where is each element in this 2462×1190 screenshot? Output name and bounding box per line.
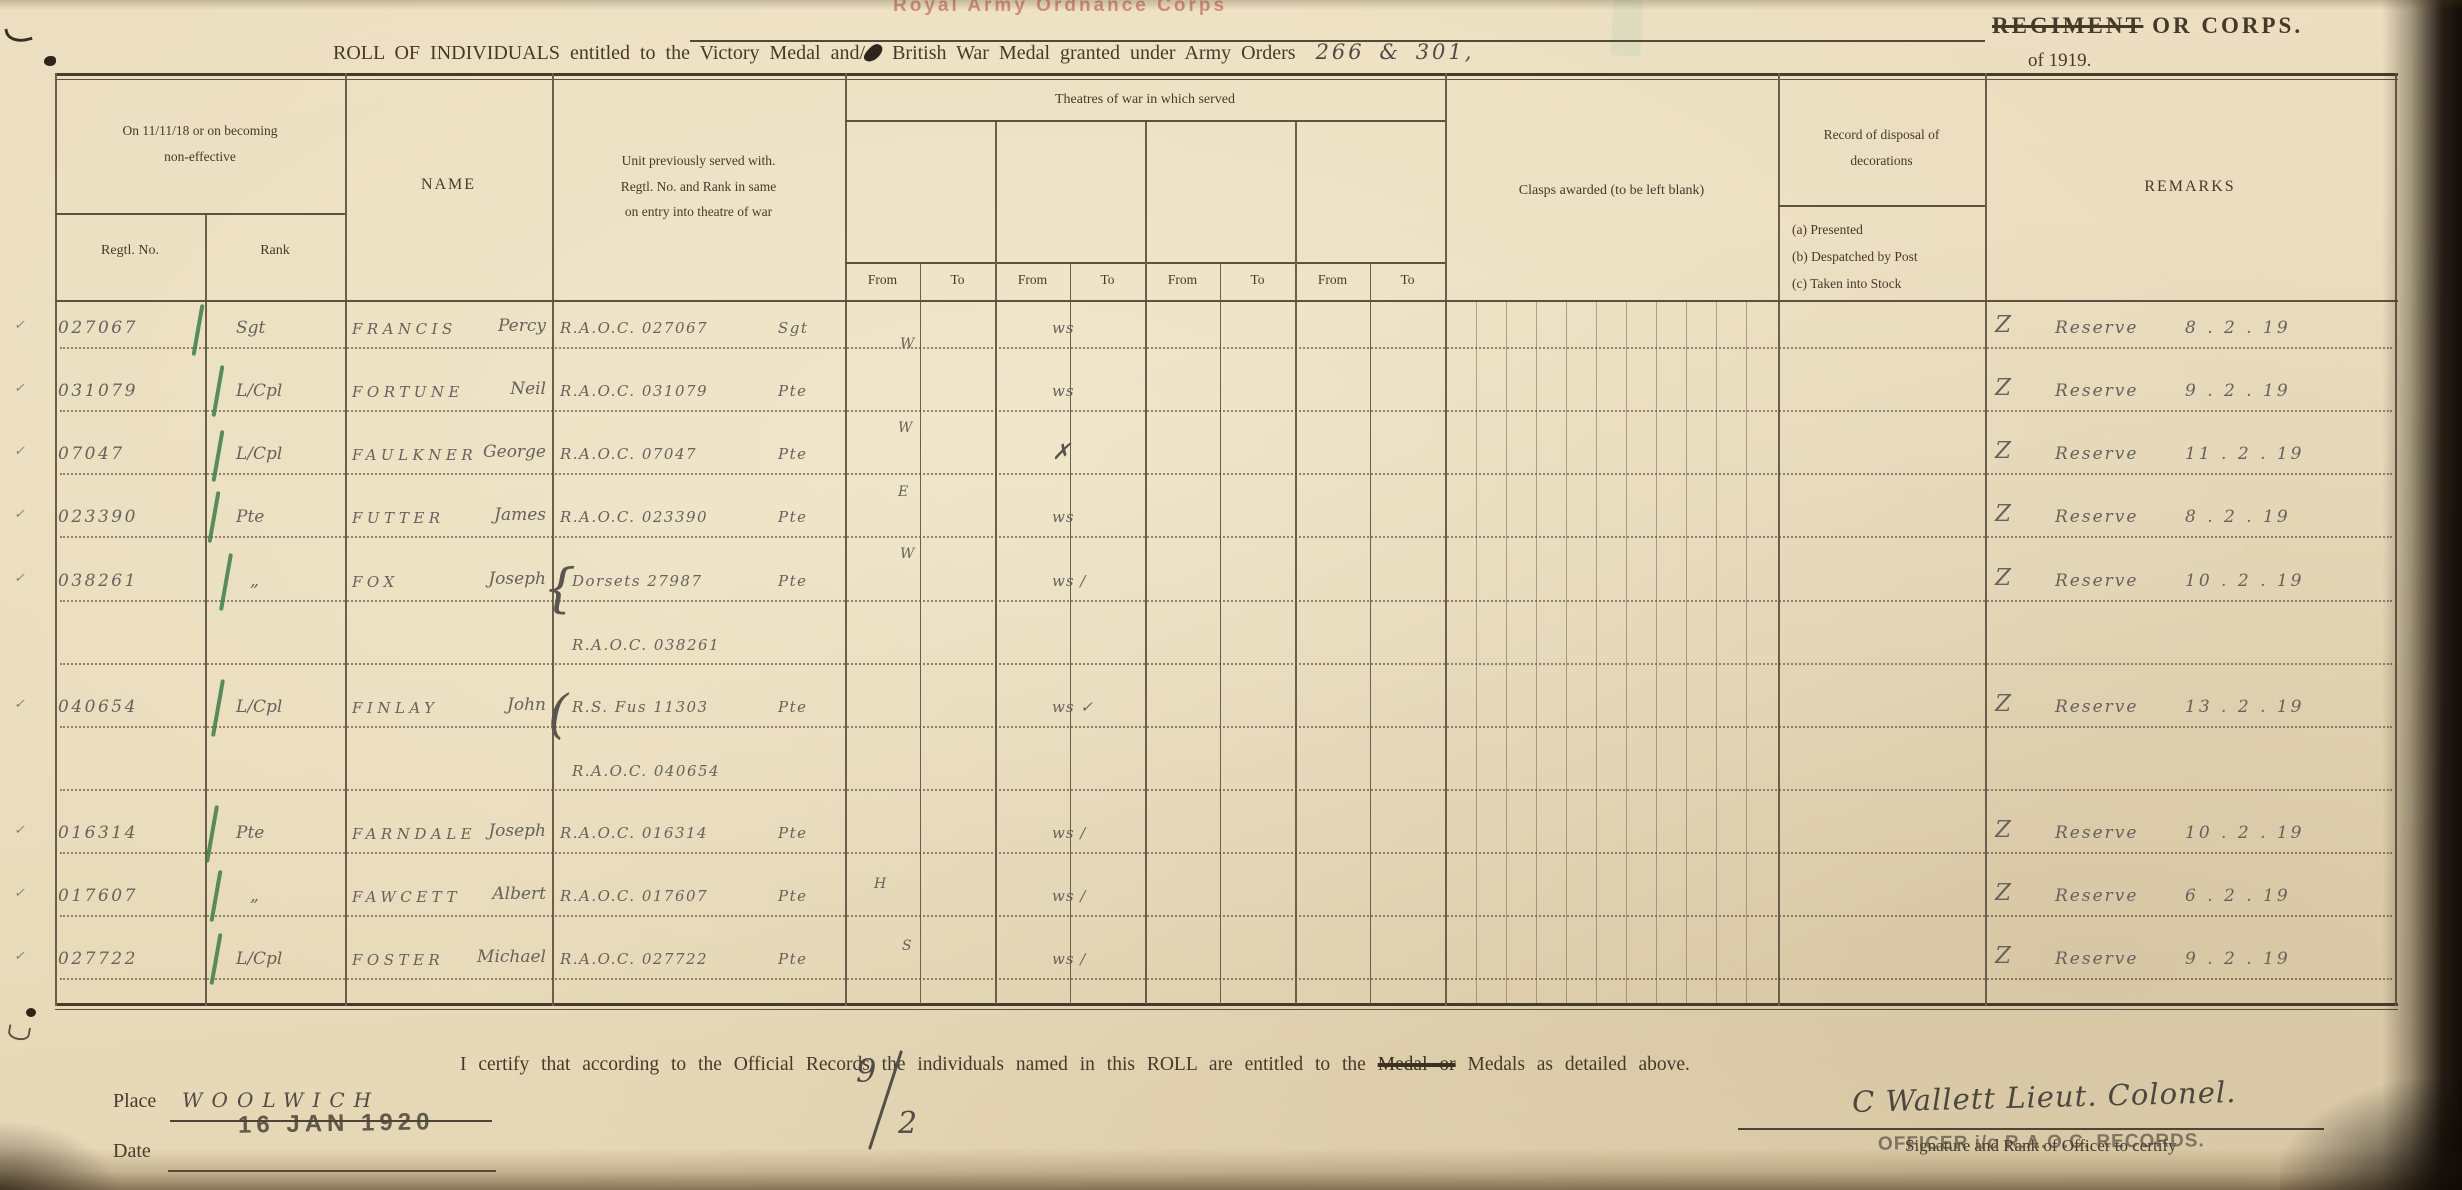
place-label: Place	[113, 1090, 156, 1113]
certify-part1: I certify that according to the Official…	[460, 1054, 1378, 1075]
page-corner-bottomright	[2280, 1080, 2462, 1190]
remark-word: Reserve	[2055, 507, 2138, 527]
pen-premark: ✓	[14, 318, 25, 333]
remark-z: Z	[1995, 375, 2011, 401]
surname: FOSTER	[352, 951, 444, 969]
green-tick-mark	[212, 365, 225, 417]
of-1919: of 1919.	[2028, 50, 2091, 72]
rank: Pte	[236, 823, 264, 843]
remark-z: Z	[1995, 817, 2011, 843]
unit-previous: R.A.O.C. 023390	[560, 508, 708, 526]
regtl-no: 023390	[58, 507, 138, 527]
theatre-entry: ws	[1052, 319, 1075, 337]
pen-premark: ✓	[14, 571, 25, 586]
theatre-entry: ws	[1052, 382, 1075, 400]
header-disposal-line2: decorations	[1778, 148, 1985, 174]
ink-dot-bottomleft	[26, 1008, 36, 1017]
unit-rank: Pte	[778, 445, 808, 463]
table-row: ✓ 038261 „ FOX Joseph { Dorsets 27987 Pt…	[0, 567, 2462, 611]
remark-word: Reserve	[2055, 697, 2138, 717]
certification-statement: I certify that according to the Official…	[460, 1054, 1690, 1076]
forename: Albert	[432, 884, 546, 904]
header-to-3: To	[1220, 272, 1295, 288]
header-clasps: Clasps awarded (to be left blank)	[1445, 183, 1778, 199]
pen-squiggle-bottomleft	[7, 1024, 31, 1042]
pen-premark: ✓	[14, 949, 25, 964]
unit-previous-line2: R.A.O.C. 038261	[572, 636, 720, 654]
unit-previous: R.A.O.C. 017607	[560, 887, 708, 905]
remark-z: Z	[1995, 565, 2011, 591]
medal-roll-document: Royal Army Ordnance Corps REGIMENT OR CO…	[0, 0, 2462, 1190]
margin-letter: H	[874, 876, 886, 892]
unit-rank: Pte	[778, 824, 808, 842]
table-row: ✓ 023390 Pte FUTTER James R.A.O.C. 02339…	[0, 503, 2462, 547]
table-row: ✓ 017607 „ FAWCETT Albert R.A.O.C. 01760…	[0, 882, 2462, 926]
rank: L/Cpl	[236, 949, 282, 969]
table-row: ✓ 040654 L/Cpl FINLAY John ( R.S. Fus 11…	[0, 693, 2462, 737]
margin-letter: E	[898, 484, 908, 500]
remark-date: 9 . 2 . 19	[2185, 381, 2291, 401]
forename: James	[432, 505, 546, 525]
rank: L/Cpl	[236, 697, 282, 717]
header-from-3: From	[1145, 272, 1220, 288]
rank: L/Cpl	[236, 381, 282, 401]
table-row: ✓ 027067 Sgt FRANCIS Percy R.A.O.C. 0270…	[0, 314, 2462, 358]
ink-blob-left	[44, 56, 56, 66]
rank: „	[250, 571, 259, 591]
regtl-no: 07047	[58, 444, 125, 464]
header-regtl-no: Regtl. No.	[55, 243, 205, 259]
header-from-2: From	[995, 272, 1070, 288]
unit-previous: R.A.O.C. 027067	[560, 319, 708, 337]
rank: L/Cpl	[236, 444, 282, 464]
table-row: ✓ 027722 L/Cpl FOSTER Michael R.A.O.C. 0…	[0, 945, 2462, 989]
surname: FUTTER	[352, 509, 445, 527]
unit-rank: Pte	[778, 698, 808, 716]
header-noneffective: On 11/11/18 or on becoming non-effective	[55, 118, 345, 169]
remark-word: Reserve	[2055, 381, 2138, 401]
theatre-entry: ws ∕	[1052, 950, 1086, 968]
rank: Sgt	[236, 318, 265, 338]
roll-title: ROLL OF INDIVIDUALS entitled to the Vict…	[333, 40, 1474, 65]
army-orders-handwritten: 266 & 301,	[1316, 40, 1475, 64]
header-disposal-title: Record of disposal of decorations	[1778, 122, 1985, 173]
remark-word: Reserve	[2055, 318, 2138, 338]
regtl-no: 016314	[58, 823, 138, 843]
regtl-no: 038261	[58, 571, 138, 591]
pen-premark: ✓	[14, 697, 25, 712]
remark-word: Reserve	[2055, 949, 2138, 969]
header-to-4: To	[1370, 272, 1445, 288]
remark-date: 6 . 2 . 19	[2185, 886, 2291, 906]
header-disposal-a: (a) Presented	[1792, 216, 1918, 243]
header-unit-line3: on entry into theatre of war	[552, 199, 845, 225]
forename: Joseph	[432, 569, 546, 589]
unit-rank: Pte	[778, 508, 808, 526]
page-edge-right	[2382, 0, 2462, 1190]
header-noneffective-line2: non-effective	[55, 144, 345, 170]
pen-premark: ✓	[14, 444, 25, 459]
unit-rank: Pte	[778, 950, 808, 968]
unit-rank: Sgt	[778, 319, 808, 337]
remark-date: 13 . 2 . 19	[2185, 697, 2305, 717]
unit-previous: R.A.O.C. 031079	[560, 382, 708, 400]
regtl-no: 040654	[58, 697, 138, 717]
header-remarks: REMARKS	[1985, 178, 2395, 196]
remark-date: 8 . 2 . 19	[2185, 507, 2291, 527]
theatre-entry: ws ∕	[1052, 824, 1086, 842]
green-tick-mark	[212, 430, 225, 482]
page-edge-bottom	[0, 1148, 2462, 1190]
surname: FOX	[352, 573, 399, 591]
margin-letter: W	[900, 336, 914, 352]
regtl-no: 027067	[58, 318, 138, 338]
header-disposal-c: (c) Taken into Stock	[1792, 270, 1918, 297]
unit-brace: (	[548, 685, 568, 745]
theatre-entry: ws ∕	[1052, 572, 1086, 590]
regtl-no: 031079	[58, 381, 138, 401]
header-from-4: From	[1295, 272, 1370, 288]
table-row: ✓ 016314 Pte FARNDALE Joseph R.A.O.C. 01…	[0, 819, 2462, 863]
header-theatres-group: Theatres of war in which served	[845, 92, 1445, 108]
green-tick-mark	[219, 553, 233, 611]
green-tick-mark	[210, 870, 223, 922]
signature-handwritten: C Wallett Lieut. Colonel.	[1852, 1075, 2237, 1119]
header-unit-line1: Unit previously served with.	[552, 148, 845, 174]
rank: Pte	[236, 507, 264, 527]
signature-line	[1738, 1128, 2324, 1130]
table-row: ✓ 031079 L/Cpl FORTUNE Neil R.A.O.C. 031…	[0, 377, 2462, 421]
remark-z: Z	[1995, 438, 2011, 464]
page-edge-top	[0, 0, 2462, 10]
unit-previous: R.S. Fus 11303	[572, 698, 709, 716]
theatre-entry: ws	[1052, 508, 1075, 526]
theatre-entry: ws ✓	[1052, 698, 1094, 716]
pen-squiggle-topleft	[4, 23, 32, 46]
pen-premark: ✓	[14, 507, 25, 522]
remark-z: Z	[1995, 312, 2011, 338]
page-corner-bottomleft	[0, 1120, 120, 1190]
remark-z: Z	[1995, 691, 2011, 717]
margin-letter: W	[900, 546, 914, 562]
pen-premark: ✓	[14, 823, 25, 838]
table-row: ✓ 07047 L/Cpl FAULKNER George R.A.O.C. 0…	[0, 440, 2462, 484]
header-disposal-b: (b) Despatched by Post	[1792, 243, 1918, 270]
margin-letter: S	[902, 938, 912, 954]
theatre-entry: ws ∕	[1052, 887, 1086, 905]
unit-rank: Pte	[778, 572, 808, 590]
header-rank: Rank	[205, 243, 345, 259]
remark-word: Reserve	[2055, 886, 2138, 906]
regiment-or-corps-heading: REGIMENT OR CORPS.	[1992, 13, 2303, 39]
header-to-2: To	[1070, 272, 1145, 288]
unit-rank: Pte	[778, 887, 808, 905]
green-tick-mark	[211, 679, 225, 737]
regtl-no: 027722	[58, 949, 138, 969]
surname: FINLAY	[352, 699, 439, 717]
remark-date: 9 . 2 . 19	[2185, 949, 2291, 969]
header-from-1: From	[845, 272, 920, 288]
certify-struck-word: Medal or	[1378, 1054, 1456, 1075]
remark-date: 10 . 2 . 19	[2185, 571, 2305, 591]
margin-letter: W	[898, 420, 912, 436]
forename: George	[432, 442, 546, 462]
forename: John	[432, 695, 546, 715]
remark-date: 10 . 2 . 19	[2185, 823, 2305, 843]
page-mark-numerator: 9	[856, 1052, 876, 1090]
header-disposal-items: (a) Presented (b) Despatched by Post (c)…	[1792, 216, 1918, 297]
pen-premark: ✓	[14, 886, 25, 901]
remark-date: 11 . 2 . 19	[2185, 444, 2305, 464]
remark-word: Reserve	[2055, 571, 2138, 591]
forename: Neil	[432, 379, 546, 399]
green-tick-mark	[208, 491, 221, 543]
remark-date: 8 . 2 . 19	[2185, 318, 2291, 338]
remark-z: Z	[1995, 501, 2011, 527]
regiment-word-struck: REGIMENT	[1992, 13, 2143, 38]
corps-word: OR CORPS.	[2152, 13, 2303, 38]
header-unit: Unit previously served with. Regtl. No. …	[552, 148, 845, 225]
forename: Joseph	[432, 821, 546, 841]
header-disposal-line1: Record of disposal of	[1778, 122, 1985, 148]
rank: „	[250, 886, 259, 906]
unit-previous: R.A.O.C. 07047	[560, 445, 697, 463]
theatre-entry: ✗	[1052, 440, 1071, 465]
remark-word: Reserve	[2055, 823, 2138, 843]
green-tick-mark	[205, 805, 219, 863]
unit-previous: Dorsets 27987	[572, 572, 703, 590]
header-to-1: To	[920, 272, 995, 288]
forename: Percy	[432, 316, 546, 336]
unit-rank: Pte	[778, 382, 808, 400]
header-noneffective-line1: On 11/11/18 or on becoming	[55, 118, 345, 144]
remark-z: Z	[1995, 880, 2011, 906]
green-tick-mark	[192, 304, 205, 356]
unit-previous: R.A.O.C. 027722	[560, 950, 708, 968]
remark-z: Z	[1995, 943, 2011, 969]
unit-previous: R.A.O.C. 016314	[560, 824, 708, 842]
certify-part2: Medals as detailed above.	[1456, 1054, 1690, 1075]
unit-previous-line2: R.A.O.C. 040654	[572, 762, 720, 780]
forename: Michael	[432, 947, 546, 967]
page-mark-denominator: 2	[898, 1106, 917, 1141]
remark-word: Reserve	[2055, 444, 2138, 464]
roll-title-part1: ROLL OF INDIVIDUALS entitled to the Vict…	[333, 42, 865, 64]
regtl-no: 017607	[58, 886, 138, 906]
header-name: NAME	[345, 176, 552, 194]
date-stamp: 16 JAN 1920	[238, 1108, 435, 1139]
green-tick-mark	[210, 933, 223, 985]
roll-title-part2: British War Medal granted under Army Ord…	[892, 42, 1296, 64]
pen-premark: ✓	[14, 381, 25, 396]
place-value-handwritten: WOOLWICH	[182, 1088, 380, 1112]
header-unit-line2: Regtl. No. and Rank in same	[552, 174, 845, 200]
